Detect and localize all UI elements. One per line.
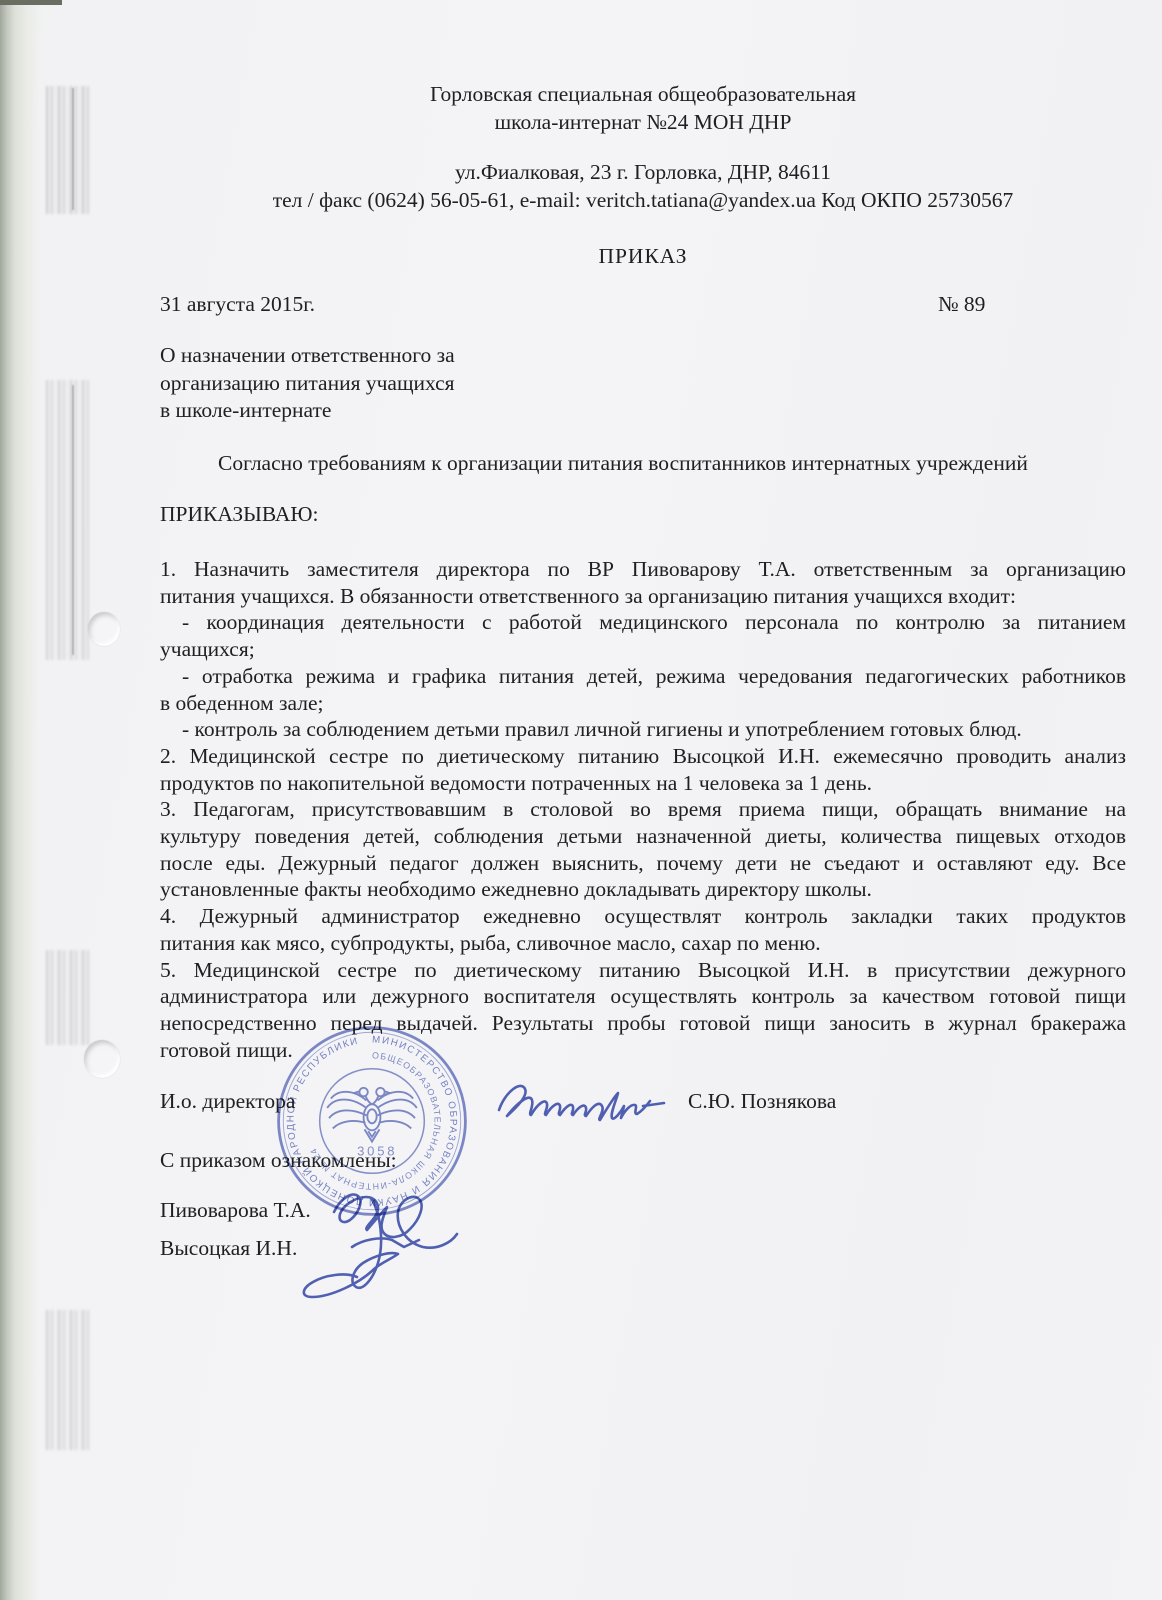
scan-left-edge — [0, 0, 40, 1600]
scan-top-edge-mark — [0, 0, 62, 5]
decree-word: ПРИКАЗЫВАЮ: — [160, 501, 1126, 528]
preamble: Согласно требованиям к организации питан… — [160, 450, 1126, 477]
doc-title: ПРИКАЗ — [160, 243, 1126, 270]
org-contacts: ул.Фиалковая, 23 г. Горловка, ДНР, 84611… — [160, 158, 1126, 214]
body-line: - координация деятельности с работой мед… — [160, 609, 1126, 636]
signature-role: И.о. директора — [160, 1088, 460, 1115]
body-line: готовой пищи. — [160, 1037, 1126, 1064]
body-line: 4. Дежурный администратор ежедневно осущ… — [160, 903, 1126, 930]
body-line: питания как мясо, субпродукты, рыба, сли… — [160, 930, 1126, 957]
acknowledged-name: Высоцкая И.Н. — [160, 1235, 1126, 1262]
body-line: 2. Медицинской сестре по диетическому пи… — [160, 743, 1126, 770]
scan-smudge — [46, 86, 90, 214]
body-line: культуру поведения детей, соблюдения дет… — [160, 823, 1126, 850]
org-phone-email: тел / факс (0624) 56-05-61, e-mail: veri… — [160, 186, 1126, 214]
acknowledged-name: Пивоварова Т.А. — [160, 1197, 1126, 1224]
doc-number: № 89 — [938, 291, 985, 318]
body-line: в обеденном зале; — [160, 690, 1126, 717]
doc-subject: О назначении ответственного заорганизаци… — [160, 342, 1126, 425]
acknowledged-list: Пивоварова Т.А.Высоцкая И.Н. — [160, 1197, 1126, 1262]
acknowledged-label: С приказом ознакомлены: — [160, 1147, 1126, 1174]
org-name-line1: Горловская специальная общеобразовательн… — [160, 80, 1126, 108]
scan-smudge — [46, 380, 90, 660]
body-line: питания учащихся. В обязанности ответств… — [160, 583, 1126, 610]
scanned-document-page: Горловская специальная общеобразовательн… — [0, 0, 1162, 1600]
body-line: администратора или дежурного воспитателя… — [160, 983, 1126, 1010]
org-name-line2: школа-интернат №24 МОН ДНР — [160, 108, 1126, 136]
subject-line: в школе-интернате — [160, 397, 1126, 425]
body-line: непосредственно перед выдачей. Результат… — [160, 1010, 1126, 1037]
director-signature-dash — [643, 1103, 664, 1106]
subject-line: О назначении ответственного за — [160, 342, 1126, 370]
body-line: 3. Педагогам, присутствовавшим в столово… — [160, 796, 1126, 823]
scan-streak-line — [72, 385, 74, 655]
signature-name: С.Ю. Познякова — [688, 1088, 988, 1115]
body-line: 1. Назначить заместителя директора по ВР… — [160, 556, 1126, 583]
body-line: после еды. Дежурный педагог должен выясн… — [160, 850, 1126, 877]
director-signature-stroke — [499, 1086, 650, 1120]
order-body: 1. Назначить заместителя директора по ВР… — [160, 556, 1126, 1063]
hole-punch — [88, 612, 120, 646]
body-line: продуктов по накопительной ведомости пот… — [160, 770, 1126, 797]
body-line: учащихся; — [160, 636, 1126, 663]
body-line: - контроль за соблюдением детьми правил … — [160, 716, 1126, 743]
org-name: Горловская специальная общеобразовательн… — [160, 80, 1126, 136]
body-line: - отработка режима и графика питания дет… — [160, 663, 1126, 690]
subject-line: организацию питания учащихся — [160, 370, 1126, 398]
scan-smudge — [46, 950, 90, 1045]
body-line: установленные факты необходимо ежедневно… — [160, 876, 1126, 903]
scan-smudge — [46, 1310, 90, 1450]
doc-date: 31 августа 2015г. — [160, 292, 315, 316]
hole-punch — [84, 1040, 120, 1078]
scan-streak-line — [72, 88, 74, 210]
body-line: 5. Медицинской сестре по диетическому пи… — [160, 957, 1126, 984]
date-number-row: 31 августа 2015г. № 89 — [160, 291, 1126, 318]
org-address: ул.Фиалковая, 23 г. Горловка, ДНР, 84611 — [160, 158, 1126, 186]
